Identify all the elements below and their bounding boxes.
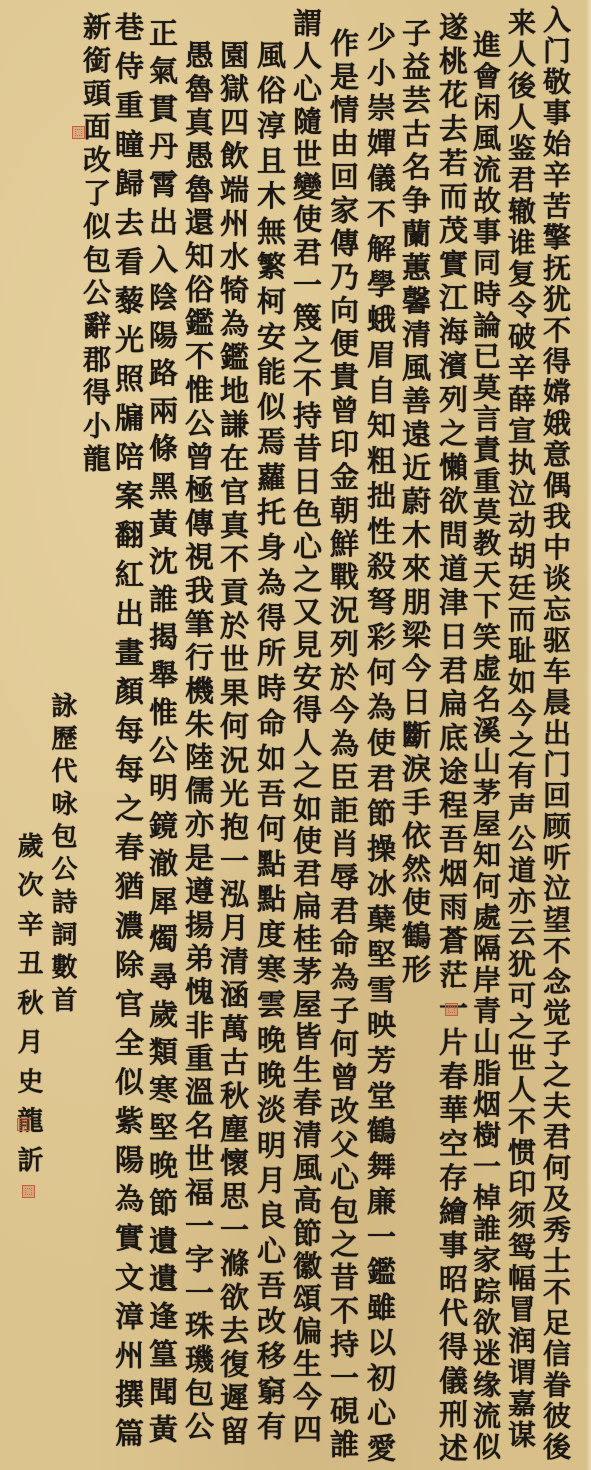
poem-column-9: 風俗淳且木無繁柯安能似焉蘿托身為得所時命如吾何點點度寒雲晚晚淡明月良心吾改移窮有 xyxy=(253,40,287,1440)
poem-column-10: 園獄四飲端州水犄為鑑地謙在官真不貢於世果何況光抱一泓月清涵萬古秋塵懷思一滌欲去復… xyxy=(216,40,250,1445)
poem-column-4: 遂桃花去若而茂實江海濱列之懶欲問道津日君扁底途程吾烟雨蒼茫一片春華空存繪事昭代得… xyxy=(435,12,469,1462)
poem-column-1: 入门敬事始辛苦擎抚犹不得嫦娥意偶我中谈忘驱车晨出门回顾听泣望不念觉子之夫君何及秀… xyxy=(538,5,572,1460)
calligraphy-scroll: 入门敬事始辛苦擎抚犹不得嫦娥意偶我中谈忘驱车晨出门回顾听泣望不念觉子之夫君何及秀… xyxy=(0,0,591,1470)
inscription-title: 詠歷代咏包公詩詞數首 xyxy=(45,692,79,1012)
poem-column-14: 新銜頭面改了似包公辭郡得小龍 xyxy=(78,12,112,472)
seal-icon xyxy=(17,1118,30,1131)
seal-icon xyxy=(72,126,85,139)
seal-icon xyxy=(22,1185,35,1198)
poem-column-7: 作是情由回家傳乃向便貴曾印金朝鮮戰況列於今為臣詎肖辱君命為子何曾改父心包之昔不持… xyxy=(326,28,360,1458)
poem-column-12: 正氣貫丹霄出入陰陽路兩條黑黃沈誰揭舉惟公明鏡澈犀燭尋歲類寒堅晚節遺遺逢篁聞黃 xyxy=(145,18,179,1443)
poem-column-8: 謂人心隨世變使君一篾之不持昔日色心之又見安得人之如使君扁桂茅屋皆生春清風高節徽頌… xyxy=(289,8,323,1443)
poem-column-5: 子益芸古名争蘭蕙馨清風善遠近蔚木來朋梁今日斷淚手依然使鶴形 xyxy=(398,18,432,983)
seal-icon xyxy=(445,1003,458,1016)
poem-column-11: 愚魯真愚魯還知俗鑑不惟公曾極傳視我筆行機朱陸儒亦是遵揚弟愧非重溫名世福一字一珠璣… xyxy=(181,40,215,1440)
poem-column-13: 巷侍重瞳歸去看藜光照牖陪案翻紅出畫顏每每之春猶濃除官全似紫陽為實文漳州撰篇 xyxy=(111,12,145,1447)
poem-column-2: 来人後人鉴君辙谁复令破辛薛宣执泣动胡廷而耻如今之有声公道亦云犹可之世人不惯印须鸳… xyxy=(503,8,537,1448)
poem-column-3: 進會闲風流故事同時論已莫言責重莫教天下笑虚名溪山茅屋知何處隔岸青山脂烟樹一棹誰家… xyxy=(468,30,502,1460)
poem-column-6: 少小崇嬋儀不解學蛾眉自知粗拙性殺弩彩何為使君節操冰蘖堅雪映芳堂鶴舞廉一鑑雖以初心… xyxy=(363,22,397,1462)
